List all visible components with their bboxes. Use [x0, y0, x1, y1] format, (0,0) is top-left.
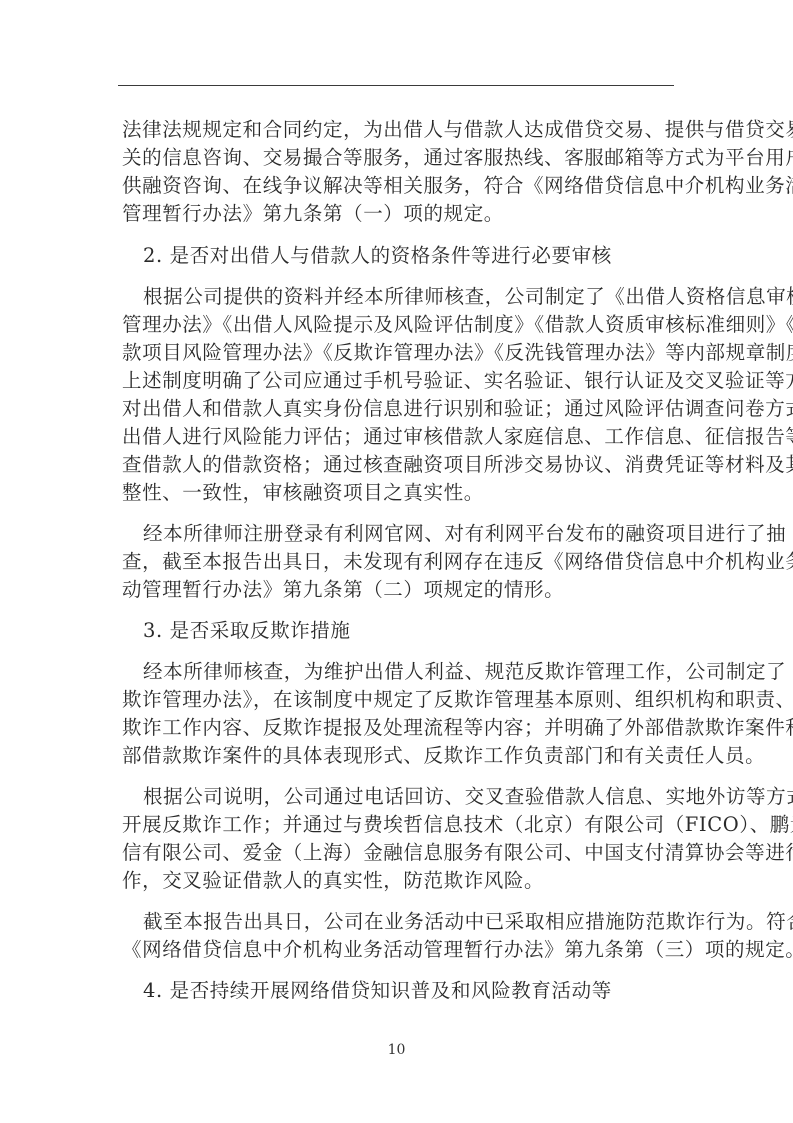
- text-line: 查借款人的借款资格；通过核查融资项目所涉交易协议、消费凭证等材料及其完: [122, 451, 674, 479]
- text-line: 经本所律师核查，为维护出借人利益、规范反欺诈管理工作，公司制定了《反: [143, 658, 674, 686]
- text-line: 《网络借贷信息中介机构业务活动管理暂行办法》第九条第（三）项的规定。: [122, 936, 674, 964]
- text-line: 查，截至本报告出具日，未发现有利网存在违反《网络借贷信息中介机构业务活: [122, 548, 674, 576]
- text-line: 供融资咨询、在线争议解决等相关服务，符合《网络借贷信息中介机构业务活动: [122, 172, 674, 200]
- text-line: 关的信息咨询、交易撮合等服务，通过客服热线、客服邮箱等方式为平台用户提: [122, 144, 674, 172]
- text-line: 管理暂行办法》第九条第（一）项的规定。: [122, 200, 674, 228]
- text-line: 开展反欺诈工作；并通过与费埃哲信息技术（北京）有限公司（FICO）、鹏元征: [122, 811, 674, 839]
- text-line: 欺诈管理办法》，在该制度中规定了反欺诈管理基本原则、组织机构和职责、反: [122, 686, 674, 714]
- text-line: 根据公司提供的资料并经本所律师核查，公司制定了《出借人资格信息审核: [143, 283, 674, 311]
- text-line: 管理办法》《出借人风险提示及风险评估制度》《借款人资质审核标准细则》《借: [122, 311, 674, 339]
- text-line: 部借款欺诈案件的具体表现形式、反欺诈工作负责部门和有关责任人员。: [122, 742, 674, 770]
- text-line: 整性、一致性，审核融资项目之真实性。: [122, 479, 674, 507]
- text-line: 动管理暂行办法》第九条第（二）项规定的情形。: [122, 576, 674, 604]
- section-heading-2: 2. 是否对出借人与借款人的资格条件等进行必要审核: [143, 242, 612, 270]
- text-line: 法律法规规定和合同约定，为出借人与借款人达成借贷交易、提供与借贷交易有: [122, 116, 674, 144]
- section-heading-4: 4. 是否持续开展网络借贷知识普及和风险教育活动等: [143, 977, 612, 1005]
- page-number: 10: [0, 1042, 793, 1058]
- text-line: 根据公司说明，公司通过电话回访、交叉查验借款人信息、实地外访等方式: [143, 783, 674, 811]
- text-line: 欺诈工作内容、反欺诈提报及处理流程等内容；并明确了外部借款欺诈案件和内: [122, 714, 674, 742]
- text-line: 款项目风险管理办法》《反欺诈管理办法》《反洗钱管理办法》等内部规章制度。: [122, 339, 674, 367]
- text-line: 对出借人和借款人真实身份信息进行识别和验证；通过风险评估调查问卷方式对: [122, 395, 674, 423]
- text-line: 经本所律师注册登录有利网官网、对有利网平台发布的融资项目进行了抽: [143, 520, 674, 548]
- text-line: 上述制度明确了公司应通过手机号验证、实名验证、银行认证及交叉验证等方式: [122, 367, 674, 395]
- header-rule: [118, 85, 674, 86]
- text-line: 出借人进行风险能力评估；通过审核借款人家庭信息、工作信息、征信报告等核: [122, 423, 674, 451]
- text-line: 截至本报告出具日，公司在业务活动中已采取相应措施防范欺诈行为。符合: [143, 908, 674, 936]
- section-heading-3: 3. 是否采取反欺诈措施: [143, 617, 351, 645]
- text-line: 信有限公司、爱金（上海）金融信息服务有限公司、中国支付清算协会等进行合: [122, 839, 674, 867]
- text-line: 作，交叉验证借款人的真实性，防范欺诈风险。: [122, 867, 674, 895]
